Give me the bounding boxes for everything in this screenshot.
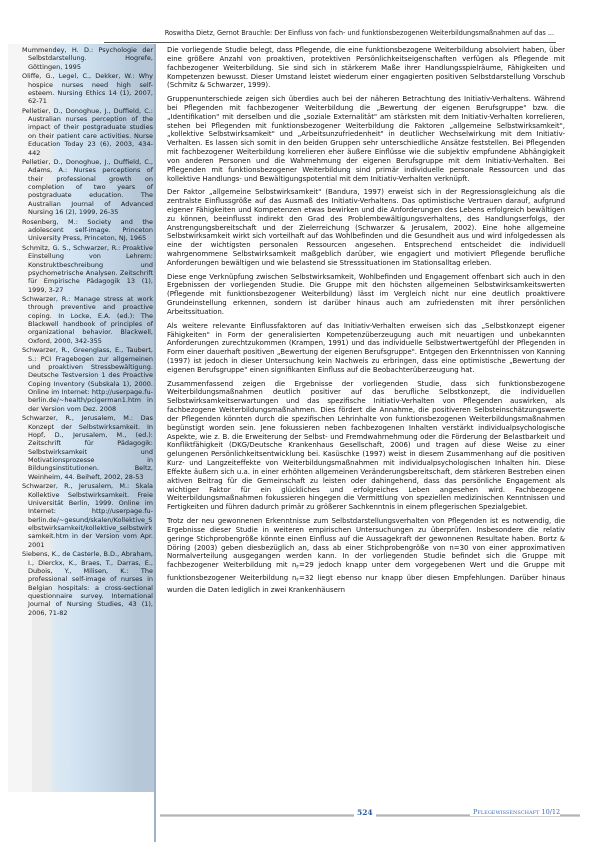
paragraph: Als weitere relevante Einflussfaktoren a… (167, 322, 565, 375)
reference-item: Schwarzer, R.: Manage stress at work thr… (22, 295, 153, 345)
paragraph: Die vorliegende Studie belegt, dass Pfle… (167, 46, 565, 90)
reference-item: Pelletier, D., Donoghue, J., Duffield, C… (22, 107, 153, 157)
reference-item: Schwarzer, R., Jerusalem, M.: Das Konzep… (22, 414, 153, 481)
paragraph: Der Faktor „allgemeine Selbstwirksamkeit… (167, 188, 565, 268)
reference-item: Schwarzer, R., Jerusalem, M.: Skala Koll… (22, 482, 153, 549)
reference-item: Rosenberg, M.: Society and the adolescen… (22, 218, 153, 243)
sidebar-divider (154, 44, 156, 842)
journal-name: Pflegewissenschaft 10/12 (470, 808, 560, 816)
paragraph: Gruppenunterschiede zeigen sich überdies… (167, 95, 565, 183)
paragraph: Zusammenfassend zeigen die Ergebnisse de… (167, 380, 565, 513)
reference-item: Schwarzer, R., Greenglass, E., Taubert, … (22, 346, 153, 413)
reference-item: Siebens, K., de Casterle, B.D., Abraham,… (22, 550, 153, 617)
running-header: Roswitha Dietz, Gernot Brauchle: Der Ein… (104, 28, 556, 43)
reference-list: Mummendey, H. D.: Psychologie der Selbst… (22, 46, 153, 618)
page-number: 524 (354, 808, 376, 817)
paragraph: Diese enge Verknüpfung zwischen Selbstwi… (167, 273, 565, 317)
reference-item: Schmitz, G. S., Schwarzer, R.: Proaktive… (22, 244, 153, 294)
running-title: Roswitha Dietz, Gernot Brauchle: Der Ein… (165, 29, 554, 37)
reference-item: Mummendey, H. D.: Psychologie der Selbst… (22, 46, 153, 71)
paragraph-last: Trotz der neu gewonnenen Erkenntnisse zu… (167, 517, 565, 595)
body-text: Die vorliegende Studie belegt, dass Pfle… (167, 46, 565, 600)
reference-item: Pelletier, D., Donoghue, J., Duffield, C… (22, 158, 153, 216)
reference-item: Oliffe, G., Legel, C., Dekker, W.: Why h… (22, 72, 153, 105)
